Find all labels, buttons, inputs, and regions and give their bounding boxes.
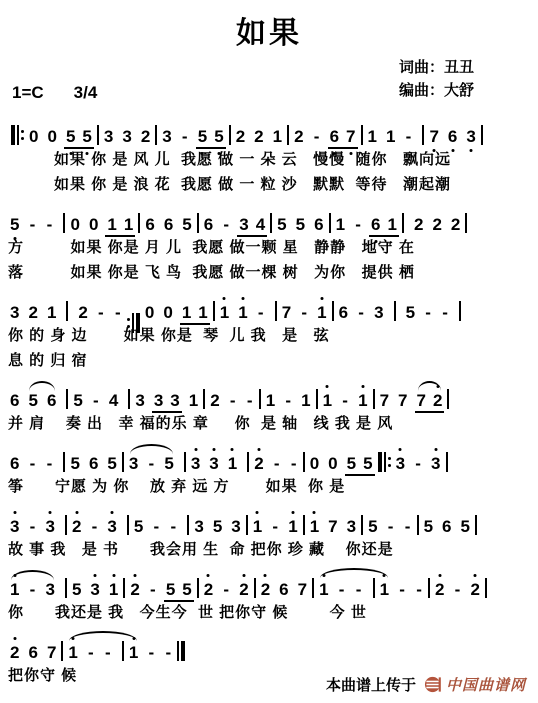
note: 3 — [129, 455, 138, 472]
octave-dot-above — [313, 511, 316, 514]
barline — [373, 578, 375, 598]
note: - — [271, 518, 279, 535]
octave-dot-above — [13, 637, 16, 640]
barline — [127, 515, 129, 535]
octave-dot-below — [333, 152, 336, 155]
octave-dot-below — [374, 240, 377, 243]
octave-dot-above — [474, 574, 477, 577]
note: 3 — [347, 518, 356, 535]
note: 7 — [417, 392, 426, 409]
note: 7 — [398, 392, 407, 409]
beam-underline-group: 55 — [164, 581, 194, 602]
note: 1 — [198, 304, 207, 321]
lyrics-line: 落 如果 你是 飞 鸟 我愿 做一棵 树 为你 提供 栖 — [8, 260, 530, 285]
note: - — [28, 518, 36, 535]
note: - — [45, 455, 53, 472]
note: 3 — [170, 392, 179, 409]
note: - — [284, 392, 292, 409]
note: - — [90, 518, 98, 535]
note: 7 — [380, 392, 389, 409]
octave-dot-above — [434, 448, 437, 451]
note: 5 — [461, 518, 470, 535]
repeat-begin-barline — [11, 125, 24, 145]
octave-dot-above — [322, 574, 325, 577]
note: 5 — [28, 392, 37, 409]
note: - — [290, 455, 298, 472]
slur-arc — [11, 570, 54, 580]
octave-dot-above — [436, 385, 439, 388]
note: 3 — [231, 518, 240, 535]
beam-underline-group: 34 — [237, 216, 267, 237]
note: 2 — [130, 581, 139, 598]
note: 3 — [191, 455, 200, 472]
note: - — [104, 644, 112, 661]
note: 1 — [182, 304, 191, 321]
note: 3 — [10, 518, 19, 535]
note: 3 — [90, 581, 99, 598]
slur-group: 72 — [415, 391, 445, 413]
note: 3 — [239, 216, 248, 233]
lyrics-line: 方 如果 你是 月 儿 我愿 做一颗 星 静静 地守 在 — [8, 235, 530, 260]
note: 7 — [328, 518, 337, 535]
octave-dot-below — [451, 149, 454, 152]
barline — [329, 213, 331, 233]
octave-dot-above — [326, 385, 329, 388]
note: 6 — [442, 518, 451, 535]
bar-thick — [11, 125, 15, 145]
barline — [122, 452, 124, 472]
note: 1 — [107, 216, 116, 233]
note: 0 — [310, 455, 319, 472]
barline — [66, 389, 68, 409]
octave-dot-above — [112, 574, 115, 577]
note: - — [404, 518, 412, 535]
barline — [63, 452, 65, 472]
note: - — [354, 216, 362, 233]
note: 3 — [45, 518, 54, 535]
barline — [303, 515, 305, 535]
note: 6 — [330, 128, 339, 145]
octave-dot-above — [132, 637, 135, 640]
note: - — [357, 304, 365, 321]
note: - — [97, 304, 105, 321]
barline — [447, 389, 449, 409]
note: 0 — [47, 128, 56, 145]
barline — [66, 301, 68, 321]
note: - — [222, 216, 230, 233]
barline — [187, 515, 189, 535]
note: 1 — [288, 518, 297, 535]
octave-dot-above — [257, 448, 260, 451]
barline — [61, 641, 63, 661]
note: 1 — [10, 581, 19, 598]
note: - — [169, 518, 177, 535]
note: 3 — [396, 455, 405, 472]
note: 1 — [386, 128, 395, 145]
note: 1 — [68, 644, 77, 661]
slur-group: 1--1 — [317, 578, 391, 602]
octave-dot-above — [399, 448, 402, 451]
note: 1 — [310, 518, 319, 535]
music-system: 5--00116656-345561-61222方 如果 你是 月 儿 我愿 做… — [8, 203, 530, 285]
notation-line: 6565-433312--1-11-17772 — [8, 379, 530, 411]
notation-line: 00553323-552212-6711-763 — [8, 115, 530, 147]
note: 6 — [204, 216, 213, 233]
note: 5 — [72, 581, 81, 598]
key-and-time: 1=C3/4 — [8, 83, 97, 103]
note: 3 — [104, 128, 113, 145]
note: - — [222, 581, 230, 598]
barline — [465, 213, 467, 233]
note: 5 — [66, 128, 75, 145]
note: 5 — [182, 216, 191, 233]
barline — [275, 301, 277, 321]
note: 3 — [135, 392, 144, 409]
note: - — [454, 581, 462, 598]
note: 5 — [363, 455, 372, 472]
note: 3 — [10, 304, 19, 321]
note: - — [152, 518, 160, 535]
note: 5 — [166, 581, 175, 598]
note: 3 — [154, 392, 163, 409]
note: - — [246, 392, 254, 409]
lyrics-line: 故 事 我 是 书 我会用 生 命 把你 珍 藏 你还是 — [8, 537, 530, 562]
note: 1 — [336, 216, 345, 233]
barline — [184, 452, 186, 472]
note: 2 — [204, 581, 213, 598]
octave-dot-above — [438, 574, 441, 577]
note: 3 — [466, 128, 475, 145]
octave-dot-below — [13, 237, 16, 240]
score: 00553323-552212-6711-763如果 你 是 风 儿 我愿 做 … — [8, 115, 530, 688]
note: 6 — [145, 216, 154, 233]
note: 2 — [254, 455, 263, 472]
note: - — [404, 128, 412, 145]
octave-dot-above — [13, 511, 16, 514]
octave-dot-above — [241, 297, 244, 300]
note: - — [147, 644, 155, 661]
note: 1 — [124, 216, 133, 233]
octave-dot-above — [223, 297, 226, 300]
note: 2 — [72, 518, 81, 535]
barline — [138, 213, 140, 233]
note: 3 — [194, 518, 203, 535]
note: - — [338, 581, 346, 598]
barline — [428, 578, 430, 598]
note: 1 — [380, 581, 389, 598]
credits: 词曲：丑丑 编曲：大舒 — [399, 56, 530, 103]
note: - — [114, 304, 122, 321]
music-system: 3212--001111-7-16-35--你 的 身 边 如果 你是 琴 儿 … — [8, 291, 530, 373]
octave-dot-above — [231, 448, 234, 451]
note: 3 — [374, 304, 383, 321]
barline — [213, 301, 215, 321]
slur-arc — [130, 444, 173, 454]
note: 0 — [328, 455, 337, 472]
notation-line: 6--5653-53312--00553-3 — [8, 442, 530, 474]
note: 5 — [134, 518, 143, 535]
notation-line: 3-32-35--3531-11735--565 — [8, 505, 530, 537]
octave-dot-above — [13, 574, 16, 577]
note: - — [87, 644, 95, 661]
notation-line: 2671--1-- — [8, 631, 530, 663]
note: 5 — [198, 128, 207, 145]
note: - — [387, 518, 395, 535]
slur-arc — [29, 381, 55, 391]
note: 1 — [317, 304, 326, 321]
note: 5 — [73, 392, 82, 409]
note: 6 — [47, 392, 56, 409]
meta-row: 1=C3/4 词曲：丑丑 编曲：大舒 — [8, 56, 530, 103]
note: 7 — [346, 128, 355, 145]
slur-group: 1--1 — [66, 641, 140, 665]
octave-dot-above — [213, 448, 216, 451]
octave-dot-above — [194, 448, 197, 451]
beam-underline-group: 61 — [369, 216, 399, 237]
note: 3 — [209, 455, 218, 472]
barline — [197, 213, 199, 233]
octave-dot-above — [72, 637, 75, 640]
barline — [270, 213, 272, 233]
note: - — [28, 581, 36, 598]
note: 1 — [109, 581, 118, 598]
repeat-dots — [388, 452, 391, 472]
note: - — [45, 216, 53, 233]
note: 5 — [424, 518, 433, 535]
barline — [394, 301, 396, 321]
note: 1 — [323, 392, 332, 409]
note: 1 — [319, 581, 328, 598]
note: 2 — [435, 581, 444, 598]
note: 3 — [107, 518, 116, 535]
note: - — [273, 455, 281, 472]
note: - — [415, 581, 423, 598]
credit-arranger: 编曲：大舒 — [399, 79, 474, 102]
barline — [122, 641, 124, 661]
lyrics-line: 你 我还是 我 今生今 世 把你守 候 今 世 — [8, 600, 530, 625]
barline — [485, 578, 487, 598]
note: 5 — [368, 518, 377, 535]
barline — [417, 515, 419, 535]
note: 1 — [368, 128, 377, 145]
note: 0 — [145, 304, 154, 321]
note: - — [164, 644, 172, 661]
barline — [332, 301, 334, 321]
octave-dot-above — [256, 511, 259, 514]
bar-thick — [378, 452, 382, 472]
site-name: 中国曲谱网 — [446, 674, 526, 695]
octave-dot-above — [49, 511, 52, 514]
note: 3 — [162, 128, 171, 145]
note: - — [149, 581, 157, 598]
note: 5 — [107, 455, 116, 472]
note: 1 — [238, 304, 247, 321]
beam-underline-group: 72 — [415, 392, 445, 413]
octave-dot-above — [94, 574, 97, 577]
note: - — [92, 392, 100, 409]
note: 2 — [78, 304, 87, 321]
barline — [446, 452, 448, 472]
repeat-begin-barline — [378, 452, 391, 472]
beam-underline-group: 55 — [345, 455, 375, 476]
lyrics-line: 息 的 归 宿 — [8, 348, 530, 373]
note: 1 — [358, 392, 367, 409]
note: 3 — [122, 128, 131, 145]
note: 0 — [89, 216, 98, 233]
slur-group: 56 — [26, 391, 58, 413]
sheet-music-page: 如果 1=C3/4 词曲：丑丑 编曲：大舒 00553323-552212-67… — [0, 0, 538, 703]
note: 0 — [70, 216, 79, 233]
final-barline — [177, 641, 185, 661]
key-signature: 1=C — [12, 83, 44, 102]
note: 5 — [164, 455, 173, 472]
note: 1 — [388, 216, 397, 233]
note: 2 — [294, 128, 303, 145]
note: 5 — [406, 304, 415, 321]
barline — [373, 389, 375, 409]
note: 5 — [214, 128, 223, 145]
note: - — [313, 128, 321, 145]
barline — [65, 515, 67, 535]
music-system: 6565-433312--1-11-17772并 肩 奏 出 幸 福的乐 章 你… — [8, 379, 530, 436]
barline — [459, 301, 461, 321]
note: 1 — [47, 304, 56, 321]
note: 6 — [164, 216, 173, 233]
uploader-text: 本曲谱上传于 — [326, 674, 416, 695]
note: 7 — [282, 304, 291, 321]
octave-dot-above — [320, 297, 323, 300]
beam-underline-group: 67 — [328, 128, 358, 149]
note: 2 — [471, 581, 480, 598]
note: 5 — [213, 518, 222, 535]
note: 5 — [70, 455, 79, 472]
note: 5 — [347, 455, 356, 472]
slur-arc — [69, 631, 137, 641]
note: 1 — [220, 304, 229, 321]
note: 6 — [448, 128, 457, 145]
barline — [303, 452, 305, 472]
octave-dot-above — [291, 511, 294, 514]
song-title: 如果 — [8, 8, 530, 52]
octave-dot-above — [242, 574, 245, 577]
note: 2 — [210, 392, 219, 409]
note: 1 — [266, 392, 275, 409]
barline — [63, 213, 65, 233]
barline — [259, 389, 261, 409]
notation-line: 3212--001111-7-16-35-- — [8, 291, 530, 323]
note: 6 — [339, 304, 348, 321]
bar-thin — [177, 641, 179, 661]
barline — [361, 125, 363, 145]
note: 2 — [239, 581, 248, 598]
octave-dot-above — [134, 574, 137, 577]
beam-underline-group: 55 — [64, 128, 94, 149]
note: 5 — [277, 216, 286, 233]
slur-group: 3-5 — [127, 454, 176, 476]
note: 2 — [414, 216, 423, 233]
note: 2 — [236, 128, 245, 145]
note: 0 — [163, 304, 172, 321]
octave-dot-above — [207, 574, 210, 577]
octave-dot-below — [349, 152, 352, 155]
bar-thin — [384, 452, 386, 472]
barline — [422, 125, 424, 145]
octave-dot-above — [264, 574, 267, 577]
note: 6 — [314, 216, 323, 233]
note: 7 — [298, 581, 307, 598]
music-system: 3-32-35--3531-11735--565故 事 我 是 书 我会用 生 … — [8, 505, 530, 562]
note: 7 — [47, 644, 56, 661]
barline — [128, 389, 130, 409]
barline — [247, 452, 249, 472]
note: 1 — [129, 644, 138, 661]
note: 2 — [28, 304, 37, 321]
note: 2 — [451, 216, 460, 233]
barline — [287, 125, 289, 145]
note: 1 — [253, 518, 262, 535]
time-signature: 3/4 — [74, 83, 98, 102]
octave-dot-below — [217, 152, 220, 155]
music-system: 00553323-552212-6711-763如果 你 是 风 儿 我愿 做 … — [8, 115, 530, 197]
note: 3 — [431, 455, 440, 472]
note: 4 — [256, 216, 265, 233]
octave-dot-below — [69, 152, 72, 155]
note: 1 — [301, 392, 310, 409]
barline — [203, 389, 205, 409]
note: - — [28, 455, 36, 472]
note: 0 — [29, 128, 38, 145]
note: 5 — [82, 128, 91, 145]
barline — [316, 389, 318, 409]
note: 2 — [10, 644, 19, 661]
note: - — [181, 128, 189, 145]
note: 1 — [189, 392, 198, 409]
note: 5 — [182, 581, 191, 598]
barline — [97, 125, 99, 145]
barline — [361, 515, 363, 535]
octave-dot-below — [86, 152, 89, 155]
barline — [65, 578, 67, 598]
bar-thick — [181, 641, 185, 661]
note: 6 — [10, 392, 19, 409]
note: - — [28, 216, 36, 233]
note: 4 — [109, 392, 118, 409]
repeat-dots — [21, 125, 24, 145]
barline — [254, 578, 256, 598]
octave-dot-below — [433, 149, 436, 152]
note: 3 — [45, 581, 54, 598]
note: - — [147, 455, 155, 472]
note: - — [341, 392, 349, 409]
barline — [246, 515, 248, 535]
note: 1 — [273, 128, 282, 145]
note: 6 — [89, 455, 98, 472]
note: - — [355, 581, 363, 598]
note: 2 — [141, 128, 150, 145]
octave-dot-above — [111, 511, 114, 514]
barline — [475, 515, 477, 535]
note: 6 — [28, 644, 37, 661]
note: - — [257, 304, 265, 321]
footer: 本曲谱上传于 中国曲谱网 — [326, 674, 526, 695]
lyrics-line: 筝 宁愿 为 你 放 弃 远 方 如果 你 是 — [8, 474, 530, 499]
note: 6 — [371, 216, 380, 233]
note: - — [414, 455, 422, 472]
octave-dot-below — [201, 152, 204, 155]
octave-dot-above — [383, 574, 386, 577]
slur-group: 1-3 — [8, 580, 57, 602]
lyrics-line: 如果 你 是 浪 花 我愿 做 一 粒 沙 默默 等待 潮起潮 — [8, 172, 530, 197]
